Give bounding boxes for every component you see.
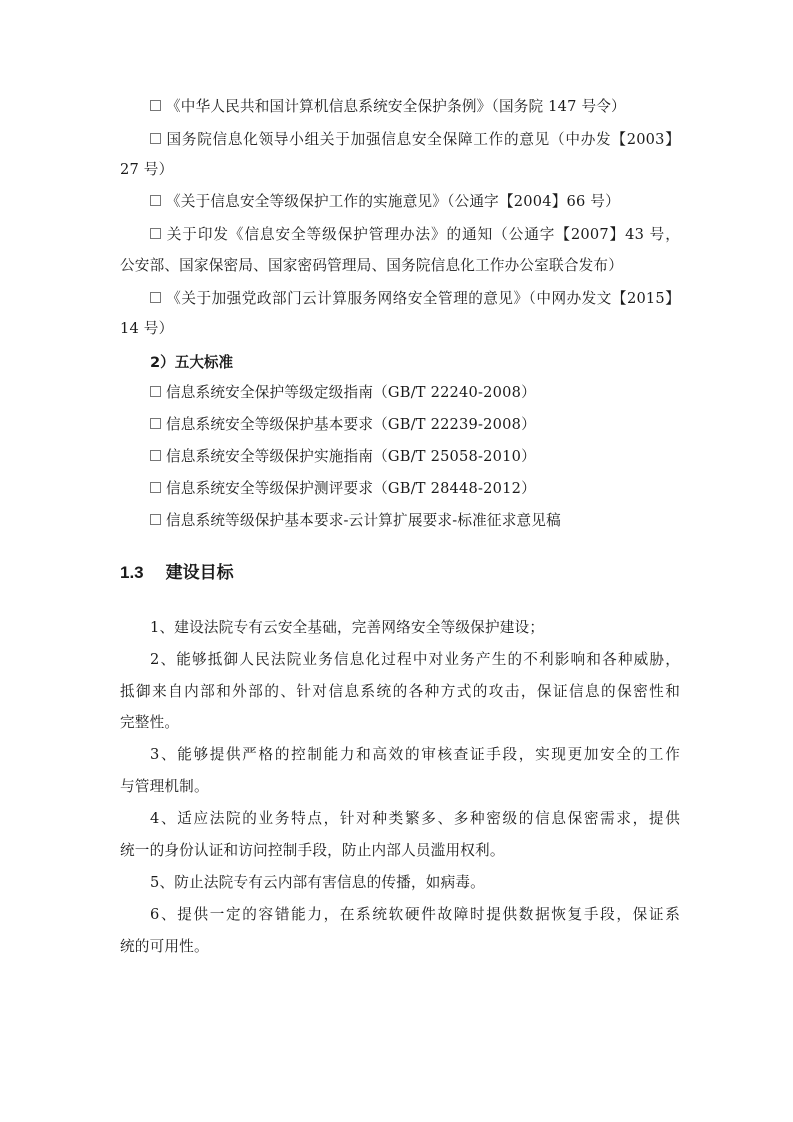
standard-text: 信息系统安全保护等级定级指南（GB/T 22240-2008）	[166, 384, 536, 401]
goal-item: 5、防止法院专有云内部有害信息的传播，如病毒。	[150, 873, 680, 893]
regulation-continuation: 14 号）	[120, 319, 680, 339]
goal-item: 4、适应法院的业务特点，针对种类繁多、多种密级的信息保密需求，提供	[150, 809, 680, 829]
regulation-item: 国务院信息化领导小组关于加强信息安全保障工作的意见（中办发【2003】	[150, 130, 680, 150]
standard-item: 信息系统安全等级保护测评要求（GB/T 28448-2012）	[150, 479, 680, 499]
standard-text: 信息系统安全等级保护实施指南（GB/T 25058-2010）	[166, 448, 536, 465]
standards-heading: 2）五大标准	[150, 351, 233, 372]
section-number: 1.3	[120, 563, 144, 582]
goal-item: 6、提供一定的容错能力，在系统软硬件故障时提供数据恢复手段，保证系	[150, 905, 680, 925]
regulation-item: 《中华人民共和国计算机信息系统安全保护条例》（国务院 147 号令）	[150, 97, 680, 117]
goal-item: 1、建设法院专有云安全基础，完善网络安全等级保护建设；	[150, 618, 680, 638]
regulation-item: 《关于加强党政部门云计算服务网络安全管理的意见》（中网办发文【2015】	[150, 289, 680, 309]
goal-continuation: 与管理机制。	[120, 777, 680, 797]
checkbox-bullet-icon	[150, 228, 161, 239]
standard-item: 信息系统安全等级保护基本要求（GB/T 22239-2008）	[150, 415, 680, 435]
goal-continuation: 抵御来自内部和外部的、针对信息系统的各种方式的攻击，保证信息的保密性和	[120, 682, 680, 702]
checkbox-bullet-icon	[150, 482, 161, 493]
checkbox-bullet-icon	[150, 100, 161, 111]
regulation-text: 《关于加强党政部门云计算服务网络安全管理的意见》（中网办发文【2015】	[166, 290, 680, 307]
regulation-text: 《中华人民共和国计算机信息系统安全保护条例》（国务院 147 号令）	[166, 98, 626, 115]
standard-item: 信息系统安全保护等级定级指南（GB/T 22240-2008）	[150, 383, 680, 403]
standard-item: 信息系统等级保护基本要求-云计算扩展要求-标准征求意见稿	[150, 511, 680, 531]
regulation-text: 关于印发《信息安全等级保护管理办法》的通知（公通字【2007】43 号，	[166, 226, 680, 243]
regulation-continuation: 27 号）	[120, 160, 680, 180]
regulation-text: 国务院信息化领导小组关于加强信息安全保障工作的意见（中办发【2003】	[166, 131, 680, 148]
regulation-text: 《关于信息安全等级保护工作的实施意见》（公通字【2004】66 号）	[166, 193, 620, 210]
checkbox-bullet-icon	[150, 386, 161, 397]
goal-item: 3、能够提供严格的控制能力和高效的审核查证手段，实现更加安全的工作	[150, 745, 680, 765]
document-page: 《中华人民共和国计算机信息系统安全保护条例》（国务院 147 号令） 国务院信息…	[0, 0, 793, 1122]
standard-text: 信息系统安全等级保护基本要求（GB/T 22239-2008）	[166, 416, 536, 433]
checkbox-bullet-icon	[150, 292, 161, 303]
standard-item: 信息系统安全等级保护实施指南（GB/T 25058-2010）	[150, 447, 680, 467]
goal-continuation: 统一的身份认证和访问控制手段，防止内部人员滥用权利。	[120, 841, 680, 861]
regulation-item: 《关于信息安全等级保护工作的实施意见》（公通字【2004】66 号）	[150, 192, 680, 212]
section-heading: 1.3建设目标	[120, 558, 234, 583]
checkbox-bullet-icon	[150, 195, 161, 206]
checkbox-bullet-icon	[150, 450, 161, 461]
checkbox-bullet-icon	[150, 514, 161, 525]
checkbox-bullet-icon	[150, 133, 161, 144]
goal-continuation: 统的可用性。	[120, 937, 680, 957]
regulation-item: 关于印发《信息安全等级保护管理办法》的通知（公通字【2007】43 号，	[150, 225, 680, 245]
goal-continuation: 完整性。	[120, 713, 680, 733]
standard-text: 信息系统等级保护基本要求-云计算扩展要求-标准征求意见稿	[166, 512, 561, 529]
section-title: 建设目标	[166, 563, 234, 582]
regulation-continuation: 公安部、国家保密局、国家密码管理局、国务院信息化工作办公室联合发布）	[120, 256, 680, 276]
standard-text: 信息系统安全等级保护测评要求（GB/T 28448-2012）	[166, 480, 536, 497]
checkbox-bullet-icon	[150, 418, 161, 429]
goal-item: 2、能够抵御人民法院业务信息化过程中对业务产生的不利影响和各种威胁，	[150, 650, 680, 670]
